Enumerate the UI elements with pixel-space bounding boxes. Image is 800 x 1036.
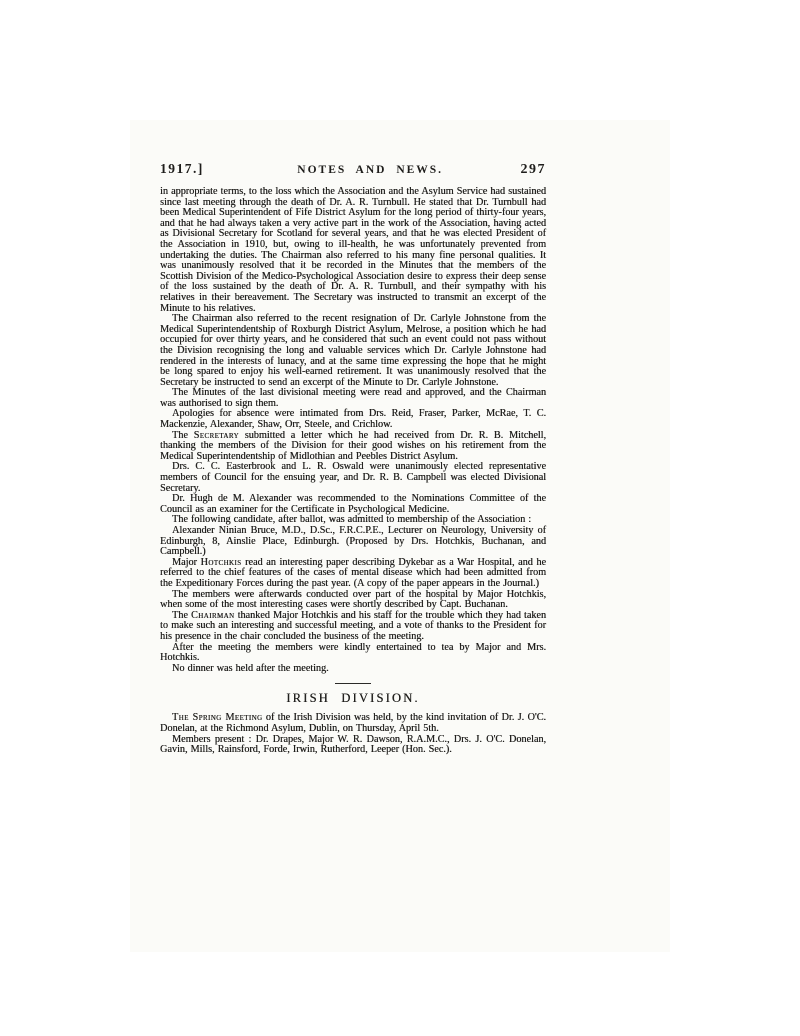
paragraph-lead: Major: [172, 557, 201, 568]
paragraph: Apologies for absence were intimated fro…: [160, 409, 546, 430]
paragraph: The Chairman also referred to the recent…: [160, 314, 546, 388]
section-heading: IRISH DIVISION.: [160, 691, 546, 706]
paragraph: The Spring Meeting of the Irish Division…: [160, 713, 546, 734]
paragraph-smallcaps: Secretary: [194, 430, 239, 441]
paragraph-lead: The: [172, 610, 191, 621]
running-title: NOTES AND NEWS.: [297, 164, 443, 176]
paragraph-smallcaps: The Spring Meeting: [172, 712, 262, 723]
paragraph: The Minutes of the last divisional meeti…: [160, 388, 546, 409]
page-number: 297: [520, 162, 546, 178]
journal-page: 1917.] NOTES AND NEWS. 297 in appropriat…: [130, 120, 670, 952]
paragraph: The Chairman thanked Major Hotchkis and …: [160, 611, 546, 643]
paragraph: No dinner was held after the meeting.: [160, 664, 546, 675]
paragraph-smallcaps: Hotchkis: [201, 557, 242, 568]
paragraph-smallcaps: Chairman: [191, 610, 234, 621]
paragraph: Drs. C. C. Easterbrook and L. R. Oswald …: [160, 462, 546, 494]
paragraph: After the meeting the members were kindl…: [160, 643, 546, 664]
section-divider: [335, 683, 371, 684]
paragraph: Members present : Dr. Drapes, Major W. R…: [160, 735, 546, 756]
paragraph: Dr. Hugh de M. Alexander was recommended…: [160, 494, 546, 515]
notes-and-news-body: in appropriate terms, to the loss which …: [160, 187, 546, 674]
paragraph: The members were afterwards conducted ov…: [160, 590, 546, 611]
paragraph: Alexander Ninian Bruce, M.D., D.Sc., F.R…: [160, 526, 546, 558]
paragraph: in appropriate terms, to the loss which …: [160, 187, 546, 314]
scanned-page-canvas: 1917.] NOTES AND NEWS. 297 in appropriat…: [0, 0, 800, 1036]
paragraph: Major Hotchkis read an interesting paper…: [160, 558, 546, 590]
paragraph: The Secretary submitted a letter which h…: [160, 431, 546, 463]
page-header: 1917.] NOTES AND NEWS. 297: [160, 161, 546, 178]
paragraph-lead: The: [172, 430, 194, 441]
irish-division-section: IRISH DIVISION. The Spring Meeting of th…: [160, 683, 546, 755]
page-content: 1917.] NOTES AND NEWS. 297 in appropriat…: [160, 161, 546, 756]
header-year-label: 1917.]: [160, 161, 204, 177]
